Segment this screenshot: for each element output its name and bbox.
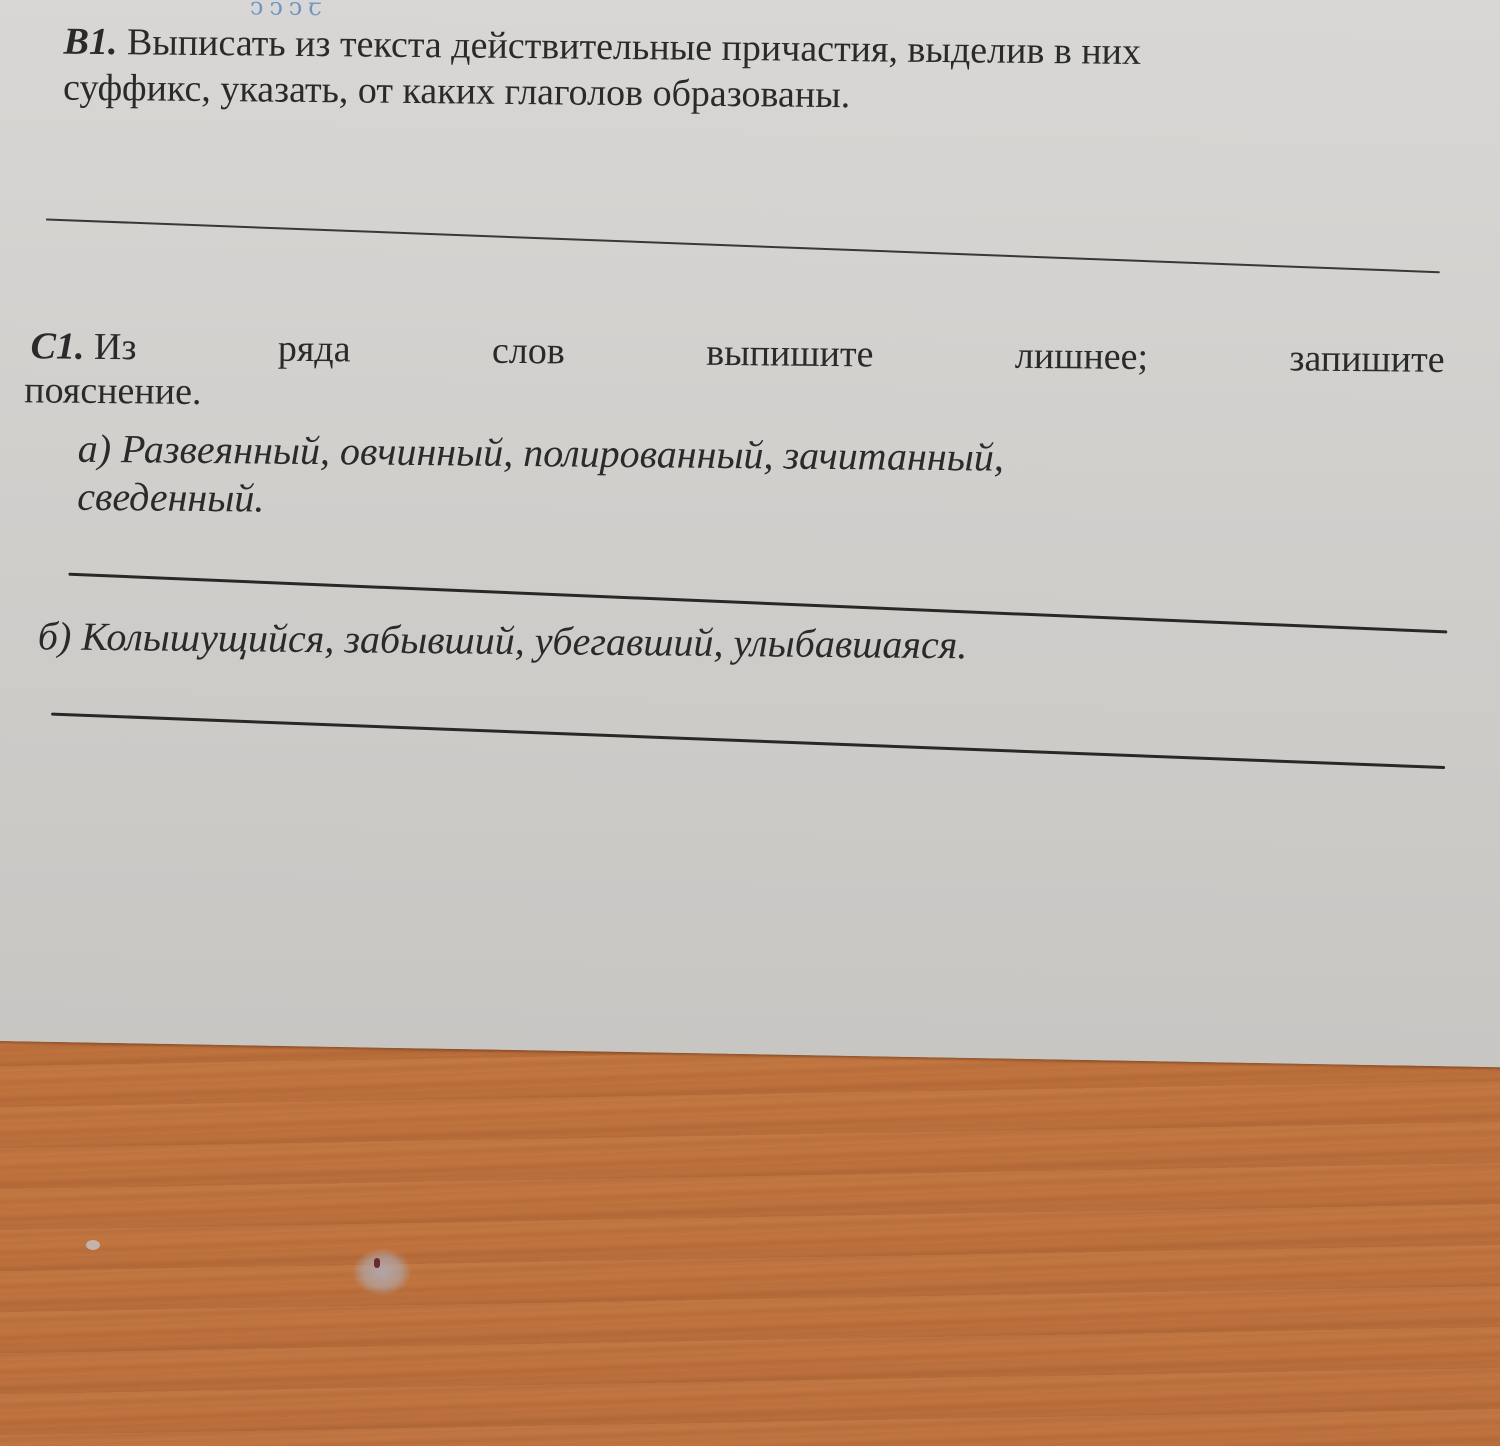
answer-line-b — [51, 713, 1445, 770]
instruction-word: выпишите — [706, 329, 874, 379]
instruction-word: Из — [94, 323, 137, 371]
task-b1-label: B1. — [63, 21, 117, 64]
instruction-word: запишите — [1289, 334, 1445, 383]
item-b-words: Колышущийся, забывший, убегавший, улыбав… — [81, 614, 967, 668]
pen-scribble-decoration: ↄↄↄꞇ — [250, 0, 410, 14]
instruction-word: лишнее; — [1015, 332, 1149, 381]
task-c1-item-b: б) Колышущийся, забывший, убегавший, улы… — [38, 612, 1238, 672]
item-a-line2: сведенный. — [77, 473, 1227, 532]
item-a-words: Развеянный, овчинный, полированный, зачи… — [121, 426, 1004, 479]
task-c1-label-word: C1. Из — [30, 322, 136, 371]
task-b1-text-1: Выписать из текста действительные причас… — [127, 21, 1141, 73]
desk-stain-small — [86, 1240, 100, 1250]
item-a-marker: а) — [77, 426, 111, 471]
task-b1: B1. Выписать из текста действительные пр… — [63, 19, 1364, 123]
worksheet-content: ↄↄↄꞇ B1. Выписать из текста действительн… — [0, 0, 1500, 1064]
instruction-word: ряда — [278, 325, 351, 374]
item-b-marker: б) — [38, 613, 72, 658]
task-c1-label: C1. — [30, 322, 84, 371]
task-c1: C1. Из ряда слов выпишите лишнее; запиши… — [24, 322, 1445, 428]
instruction-word: слов — [492, 327, 565, 376]
desk-stain — [352, 1248, 412, 1296]
answer-line-b1 — [46, 218, 1440, 273]
task-c1-item-a: а) Развеянный, овчинный, полированный, з… — [77, 425, 1228, 532]
